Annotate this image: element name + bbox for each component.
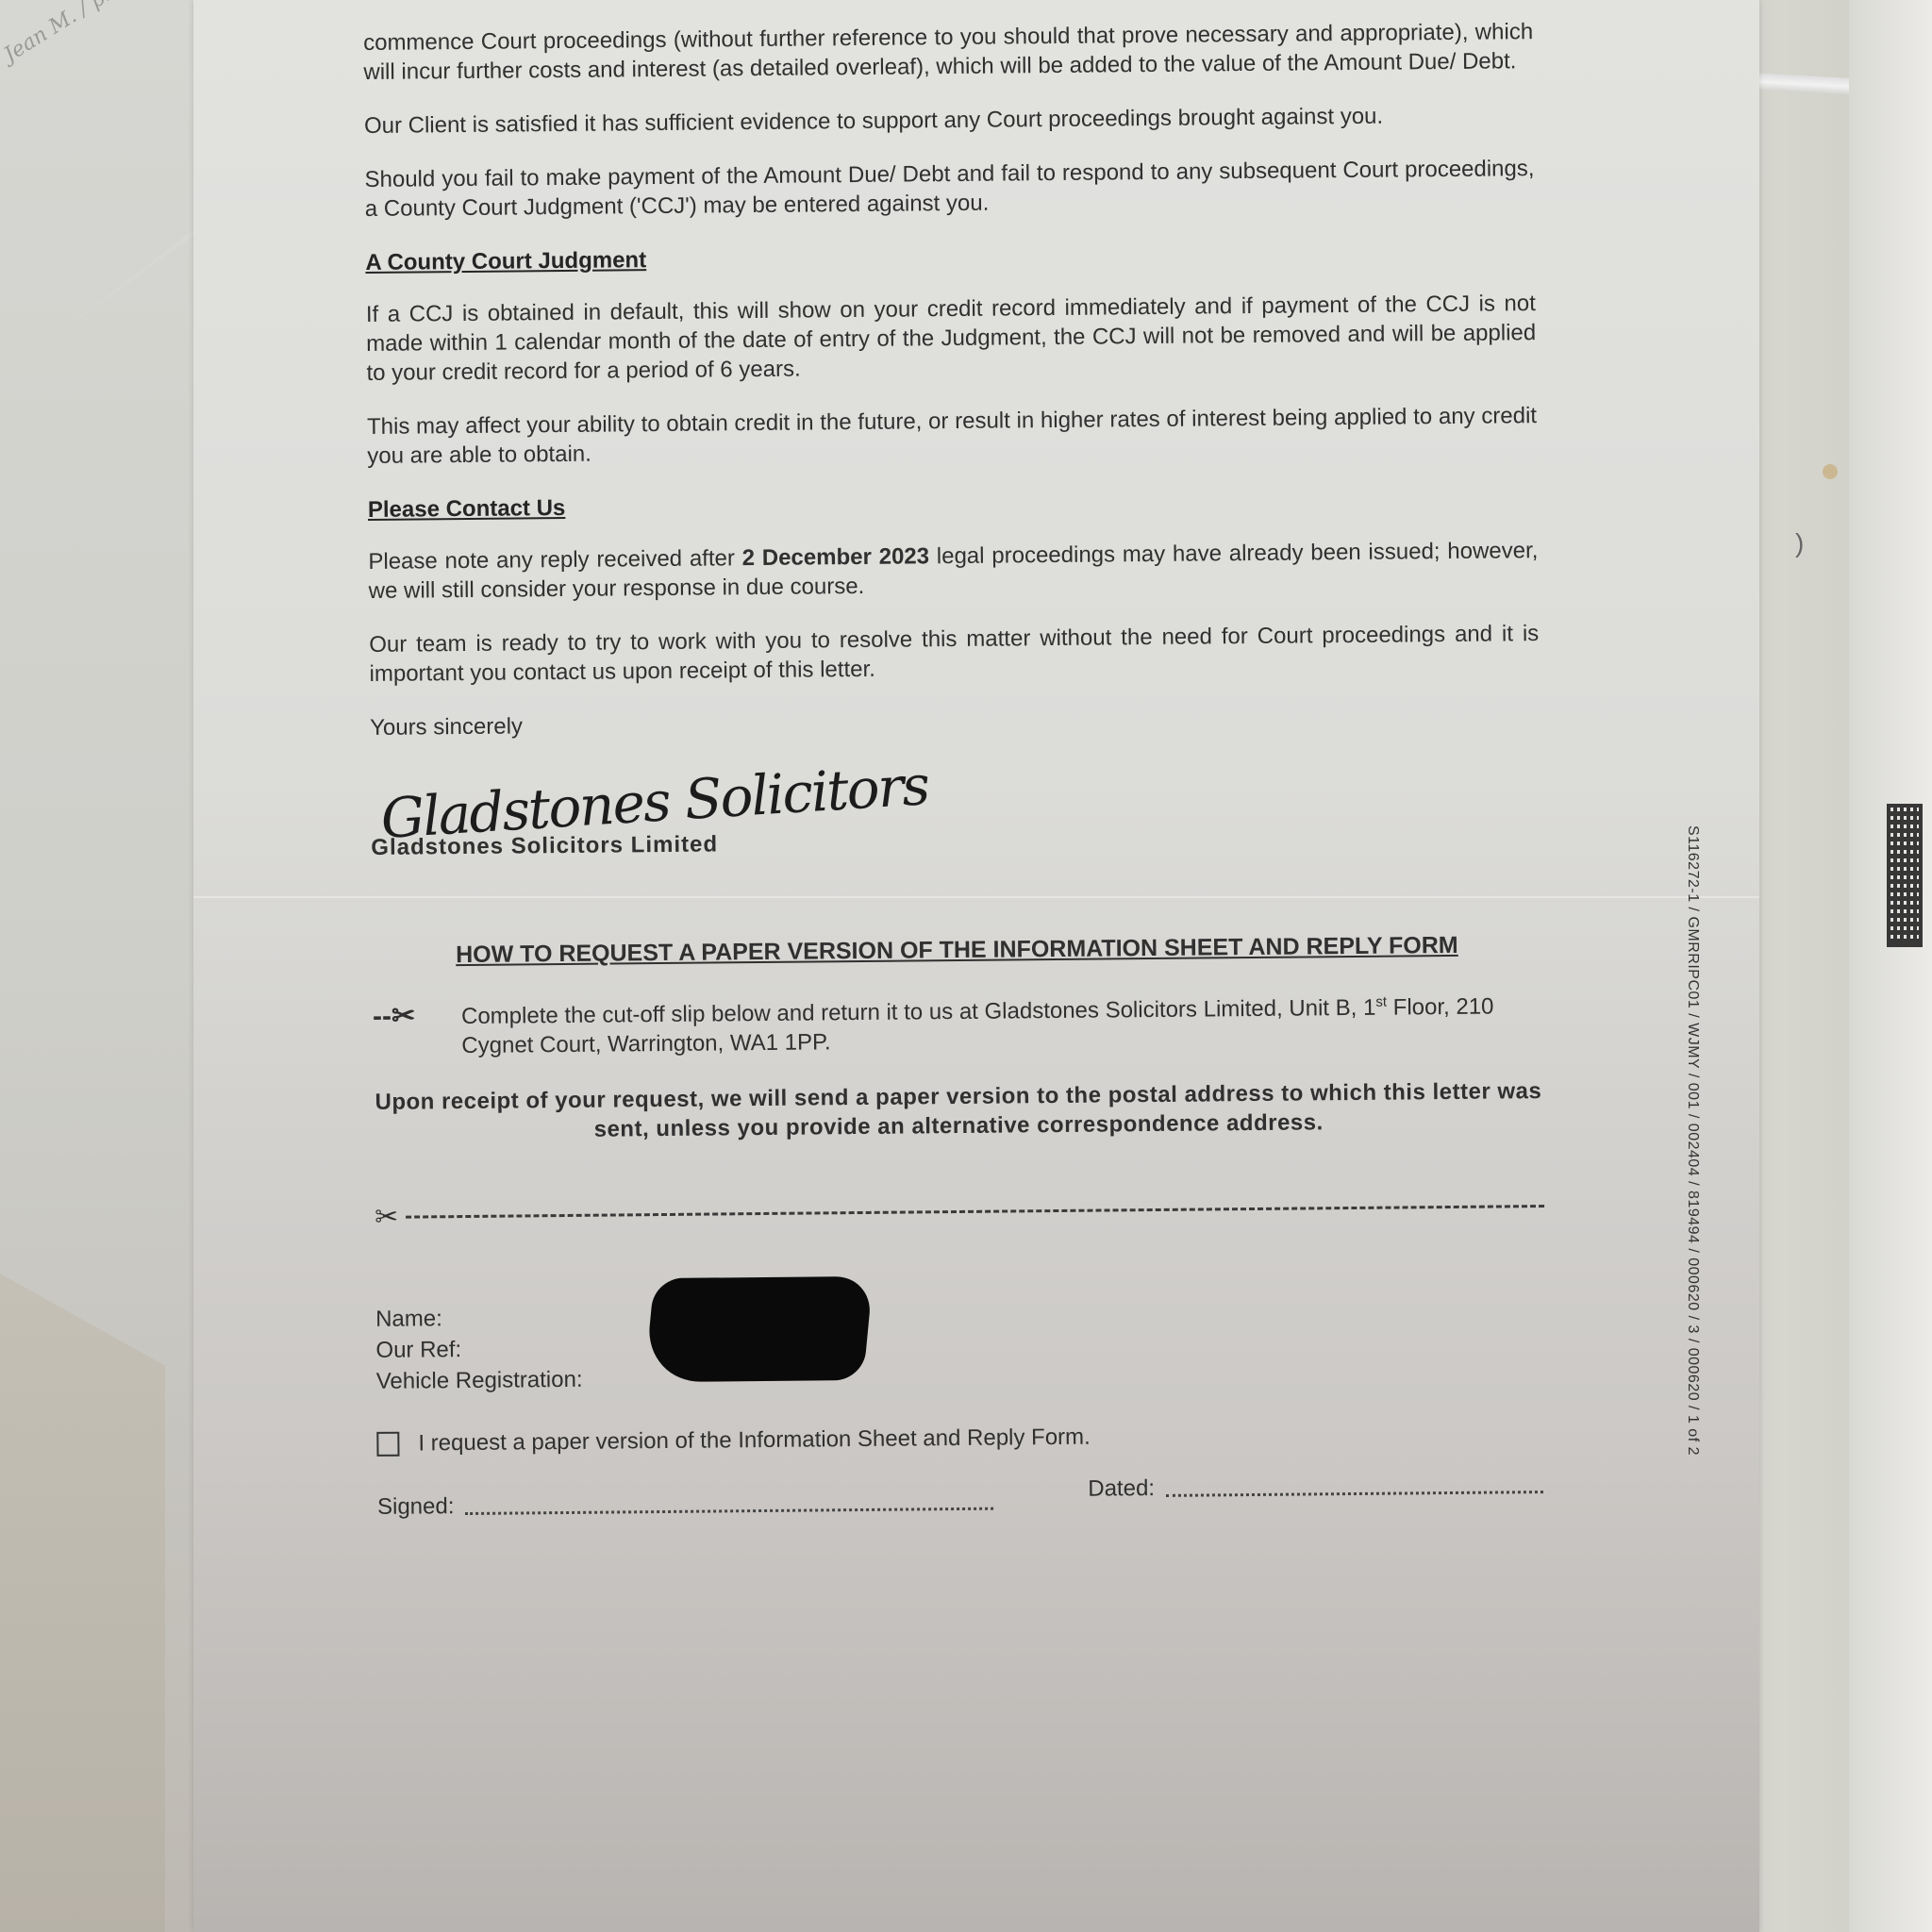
dated-group: Dated: — [1088, 1470, 1543, 1504]
request-paper-checkbox[interactable] — [376, 1431, 399, 1456]
background-far-right-sheet — [1849, 0, 1932, 1932]
redaction-marker — [644, 1276, 873, 1382]
background-left-fold — [0, 1274, 165, 1932]
heading-please-contact-us: Please Contact Us — [368, 484, 1538, 525]
dashed-cut-line — [406, 1205, 1544, 1219]
paragraph-deadline: Please note any reply received after 2 D… — [368, 536, 1539, 606]
paper-stain — [1823, 464, 1838, 479]
paper-version-request-option[interactable]: I request a paper version of the Informa… — [376, 1418, 1546, 1458]
scissors-icon: --✂ — [373, 996, 440, 1061]
paragraph-credit-effect: This may affect your ability to obtain c… — [367, 401, 1538, 471]
heading-request-paper-version: HOW TO REQUEST A PAPER VERSION OF THE IN… — [372, 930, 1541, 971]
dated-field[interactable] — [1166, 1472, 1543, 1497]
scissors-icon: ✂ — [375, 1203, 398, 1232]
cut-line: ✂ — [375, 1191, 1544, 1232]
deadline-prefix: Please note any reply received after — [368, 545, 742, 575]
paragraph-court-proceedings: commence Court proceedings (without furt… — [363, 17, 1534, 87]
signed-label: Signed: — [377, 1491, 455, 1522]
instruction-text: Complete the cut-off slip below and retu… — [461, 986, 1543, 1060]
paragraph-evidence: Our Client is satisfied it has sufficien… — [364, 100, 1534, 141]
paragraph-team-ready: Our team is ready to try to work with yo… — [369, 619, 1540, 689]
signed-field[interactable] — [465, 1489, 993, 1515]
deadline-date: 2 December 2023 — [742, 543, 930, 571]
cut-off-instruction: --✂ Complete the cut-off slip below and … — [373, 986, 1543, 1061]
side-reference-code: S116272-1 / GMRRIPC01 / WJMY / 001 / 002… — [1684, 825, 1701, 1456]
letter-content: commence Court proceedings (without furt… — [363, 17, 1547, 1522]
heading-county-court-judgment: A County Court Judgment — [365, 237, 1535, 277]
paper-mark: ) — [1795, 528, 1804, 558]
paragraph-ccj-default: If a CCJ is obtained in default, this wi… — [366, 289, 1537, 388]
paragraph-ccj-warning: Should you fail to make payment of the A… — [364, 154, 1535, 224]
paper-version-note: Upon receipt of your request, we will se… — [374, 1076, 1544, 1146]
checkbox-label: I request a paper version of the Informa… — [418, 1423, 1091, 1458]
datamatrix-barcode-icon — [1887, 804, 1923, 947]
dated-label: Dated: — [1088, 1474, 1155, 1504]
slip-fields: Name: Our Ref: Vehicle Registration: — [375, 1292, 1546, 1397]
